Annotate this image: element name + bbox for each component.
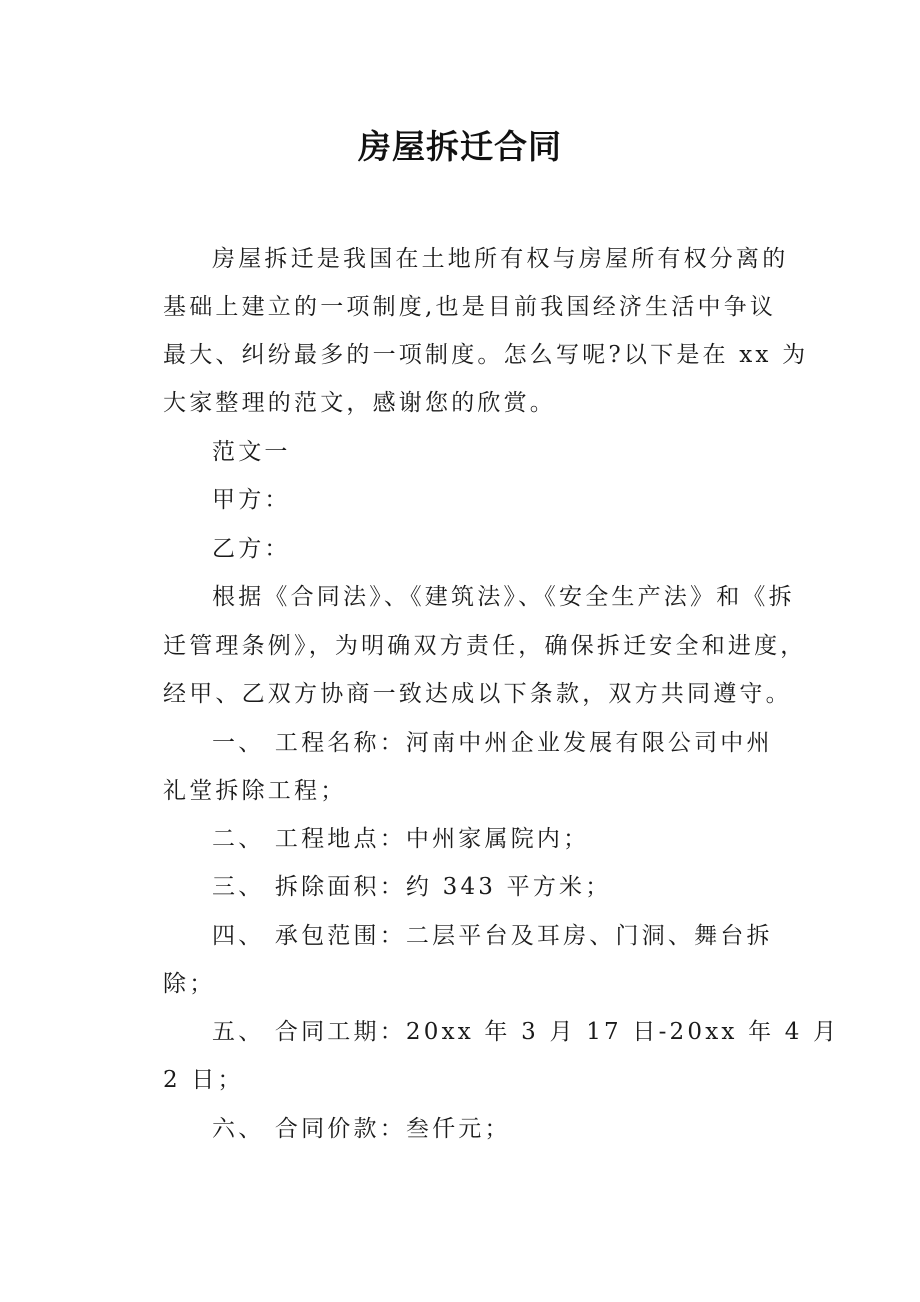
party-a-label: 甲方：: [212, 485, 822, 515]
clause-3: 三、 拆除面积：约 343 平方米；: [212, 872, 822, 902]
clause-1-continued: 礼堂拆除工程；: [163, 776, 773, 806]
clause-4-continued: 除；: [163, 969, 773, 999]
paragraph-line: 根据《合同法》、《建筑法》、《安全生产法》和《拆: [212, 582, 822, 612]
clause-6: 六、 合同价款：叁仟元；: [212, 1114, 822, 1144]
clause-2: 二、 工程地点：中州家属院内；: [212, 824, 822, 854]
clause-5-continued: 2 日；: [163, 1065, 773, 1095]
section-heading: 范文一: [212, 437, 822, 467]
party-b-label: 乙方：: [212, 534, 822, 564]
document-title: 房屋拆迁合同: [0, 126, 920, 168]
clause-5: 五、 合同工期：20xx 年 3 月 17 日-20xx 年 4 月: [212, 1017, 822, 1047]
paragraph-line: 经甲、乙双方协商一致达成以下条款，双方共同遵守。: [163, 679, 773, 709]
paragraph-line: 大家整理的范文，感谢您的欣赏。: [163, 388, 773, 418]
clause-4: 四、 承包范围：二层平台及耳房、门洞、舞台拆: [212, 921, 822, 951]
paragraph-line: 最大、纠纷最多的一项制度。怎么写呢?以下是在 xx 为: [163, 340, 773, 370]
paragraph-line: 迁管理条例》，为明确双方责任，确保拆迁安全和进度，: [163, 631, 773, 661]
paragraph-line: 基础上建立的一项制度,也是目前我国经济生活中争议: [163, 292, 773, 322]
paragraph-line: 房屋拆迁是我国在土地所有权与房屋所有权分离的: [212, 244, 822, 274]
document-page: 房屋拆迁合同 房屋拆迁是我国在土地所有权与房屋所有权分离的 基础上建立的一项制度…: [0, 0, 920, 1302]
clause-1: 一、 工程名称：河南中州企业发展有限公司中州: [212, 728, 822, 758]
